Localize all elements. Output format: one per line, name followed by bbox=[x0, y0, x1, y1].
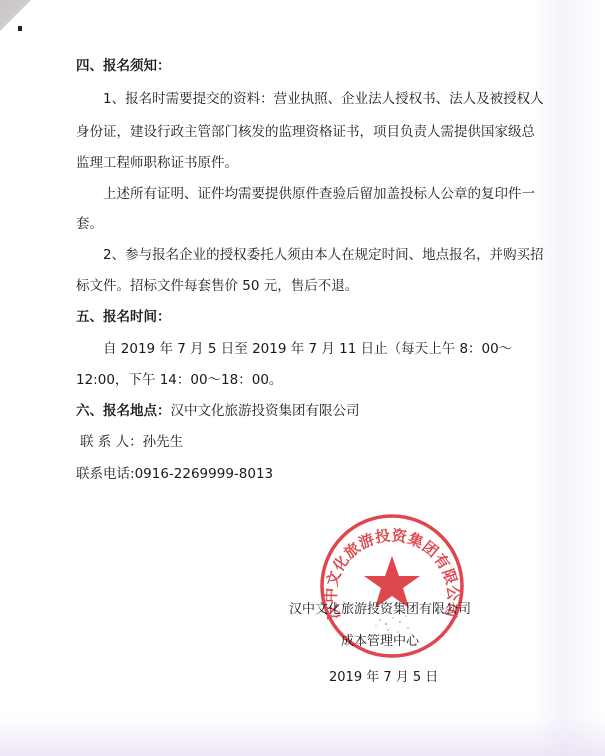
phone-value: 0916-2269999-8013 bbox=[135, 466, 274, 482]
location-value: 汉中文化旅游投资集团有限公司 bbox=[171, 403, 360, 419]
signature-department: 成本管理中心 bbox=[341, 630, 419, 649]
section5-line2: 12:00，下午 14：00～18：00。 bbox=[76, 371, 282, 389]
section4-item2-line2: 标文件。招标文件每套售价 50 元，售后不退。 bbox=[76, 277, 358, 295]
section4-note-line2: 套。 bbox=[76, 215, 103, 233]
contact-row: 联 系 人：孙先生 bbox=[80, 433, 183, 451]
section4-item1-line3: 监理工程师职称证书原件。 bbox=[76, 154, 238, 172]
signature-company: 汉中文化旅游投资集团有限公司 bbox=[289, 598, 471, 617]
page-corner-shadow bbox=[0, 0, 70, 50]
section4-heading: 四、报名须知： bbox=[76, 57, 171, 75]
section4-item1-line1: 1、报名时需要提交的资料：营业执照、企业法人授权书、法人及被授权人 bbox=[103, 90, 544, 108]
section4-item2-line1: 2、参与报名企业的授权委托人须由本人在规定时间、地点报名，并购买招 bbox=[103, 246, 544, 264]
signature-date: 2019 年 7 月 5 日 bbox=[329, 666, 438, 685]
scan-mark bbox=[18, 26, 22, 31]
phone-label: 联系电话: bbox=[76, 466, 135, 482]
section6-heading: 六、报名地点： bbox=[76, 403, 171, 419]
contact-label: 联 系 人： bbox=[80, 434, 143, 450]
section5-heading: 五、报名时间： bbox=[76, 308, 171, 326]
section5-line1: 自 2019 年 7 月 5 日至 2019 年 7 月 11 日止（每天上午 … bbox=[103, 340, 512, 358]
section4-note-line1: 上述所有证明、证件均需要提供原件查验后留加盖投标人公章的复印件一 bbox=[103, 185, 535, 203]
scan-tint bbox=[0, 716, 605, 756]
contact-name: 孙先生 bbox=[143, 434, 184, 450]
document-page: 汉中文化旅游投资集团有限公司 四、报名须知： 1、报名时需要提交的资料：营业执照… bbox=[0, 0, 605, 756]
section6-location-row: 六、报名地点：汉中文化旅游投资集团有限公司 bbox=[76, 402, 360, 420]
phone-row: 联系电话:0916-2269999-8013 bbox=[76, 465, 273, 483]
section4-item1-line2: 身份证，建设行政主管部门核发的监理资格证书，项目负责人需提供国家级总 bbox=[76, 123, 535, 141]
